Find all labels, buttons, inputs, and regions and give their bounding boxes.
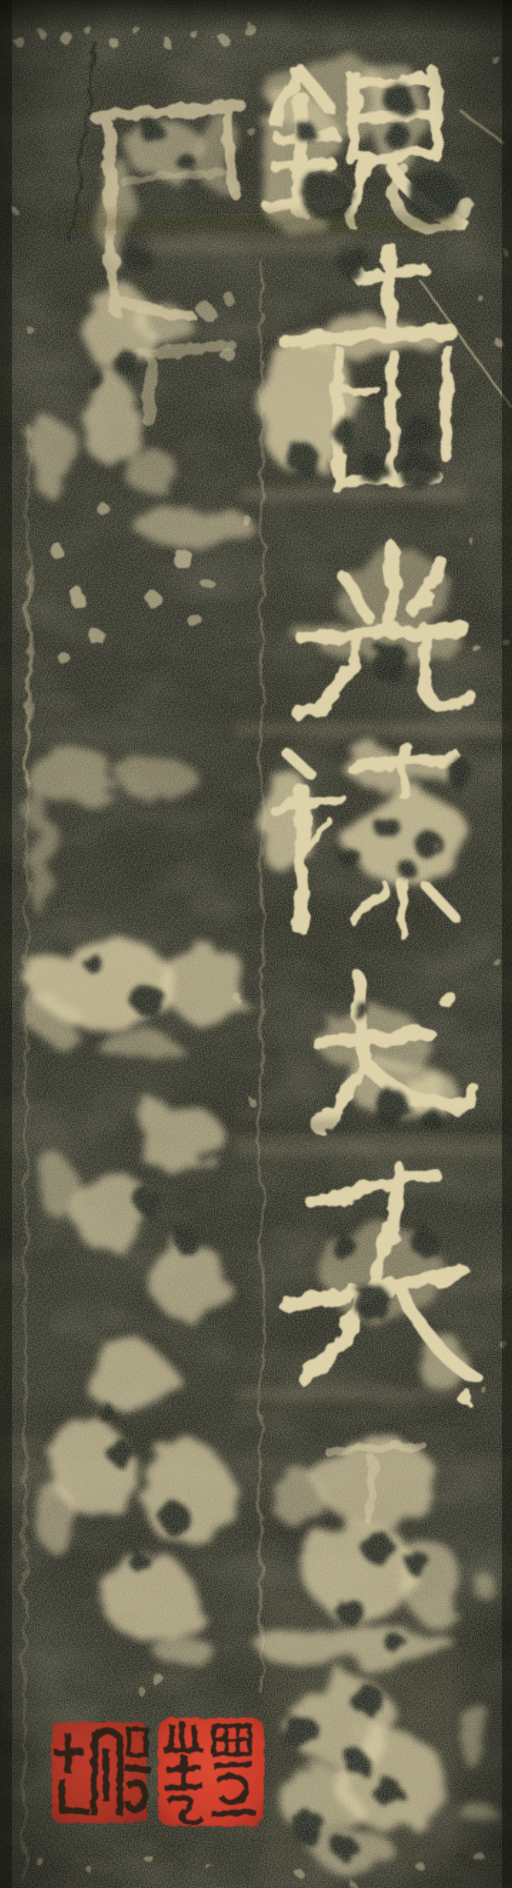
right-edge-shade <box>502 0 512 1888</box>
top-edge-shade <box>0 0 512 34</box>
left-edge-shade <box>0 0 12 1888</box>
seal-bottom-left: seal script, illegible <box>52 1722 147 1823</box>
vignette <box>0 0 512 1888</box>
seal-bottom-right: seal script, illegible <box>158 1718 264 1826</box>
stele-rubbing: 銀 青 光 <box>0 0 512 1888</box>
